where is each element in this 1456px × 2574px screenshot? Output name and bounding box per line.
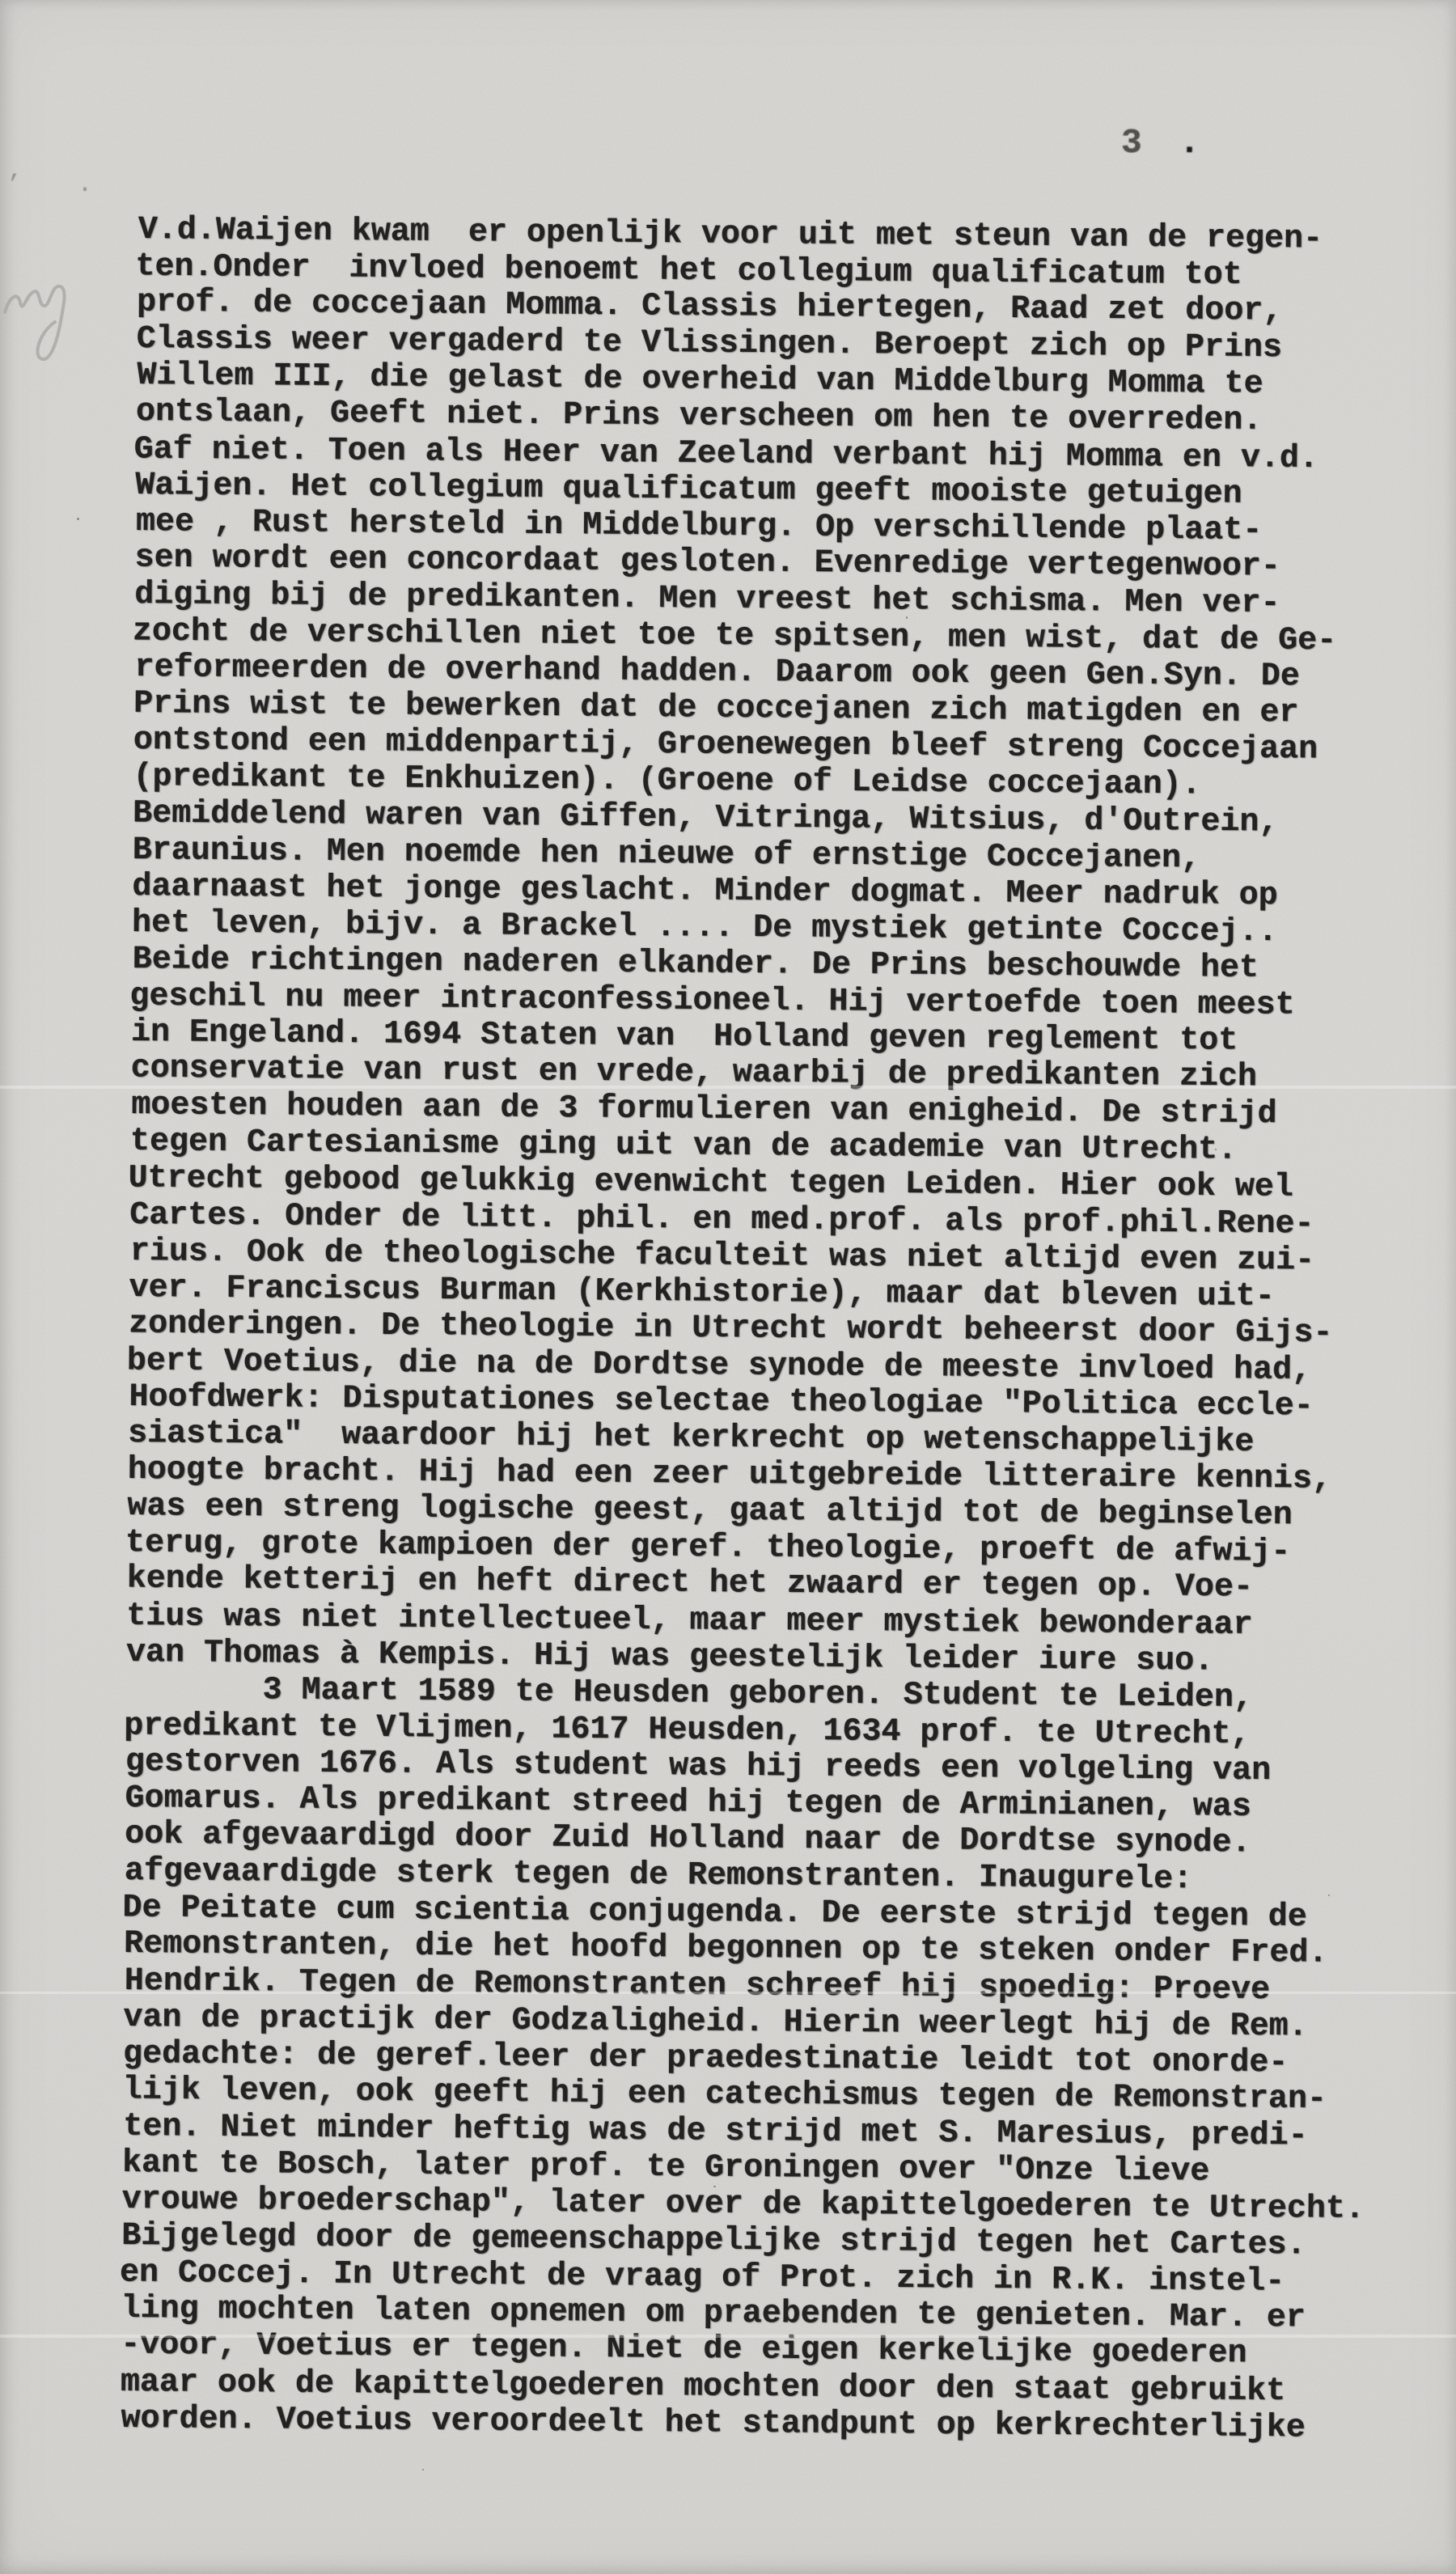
- pencil-scribble: [0, 265, 97, 395]
- typewritten-text: V.d.Waijen kwam er openlijk voor uit met…: [120, 212, 1380, 2447]
- ink-speck: [422, 2469, 424, 2470]
- ink-speck: [77, 518, 79, 520]
- page-number-value: 3: [1121, 123, 1179, 163]
- page-number-dot: .: [1179, 123, 1208, 163]
- scanned-page: ’ . 3 . V.d.Waijen kwam er openlijk voor…: [0, 0, 1456, 2574]
- page-number: 3 .: [1121, 123, 1208, 163]
- corner-smudge-marks: ’ .: [6, 171, 113, 199]
